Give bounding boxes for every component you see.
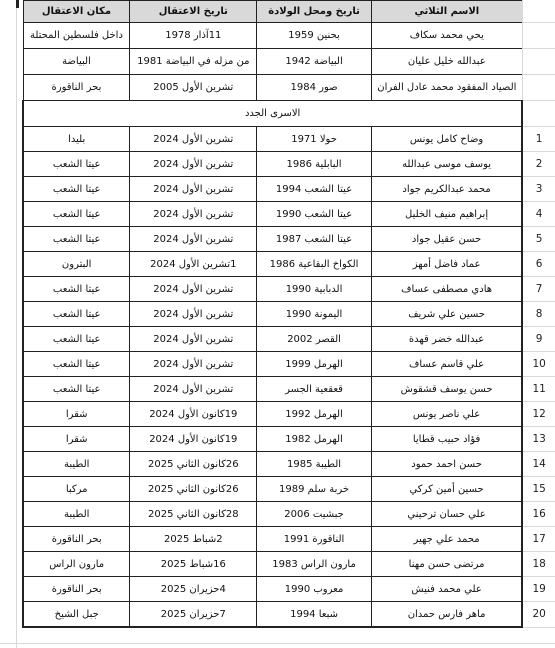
birth-cell[interactable]: الطيبة 1985 — [257, 452, 372, 477]
section-title: الاسرى الجدد — [23, 101, 522, 127]
detention-place-cell[interactable]: عيتا الشعب — [23, 302, 130, 327]
detention-date-cell[interactable]: تشرين الأول 2024 — [130, 127, 257, 152]
detention-date-cell[interactable]: 1تشرين الأول 2024 — [130, 252, 257, 277]
detention-place-cell[interactable]: مارون الراس — [23, 552, 130, 577]
name-cell[interactable]: إبراهيم منيف الخليل — [371, 202, 522, 227]
row-number-cell[interactable]: 1 — [522, 127, 555, 152]
table-row: 2يوسف موسى عبداللهالبابلية 1986تشرين الأ… — [23, 152, 555, 177]
birth-cell[interactable]: اليمونة 1990 — [257, 302, 372, 327]
birth-header: تاريخ ومحل الولادة — [257, 1, 372, 23]
table-row: 16علي حسان ترحينيجبشيت 200628كانون الثان… — [23, 502, 555, 527]
detention-date-cell[interactable]: 7حزيران 2025 — [130, 602, 257, 628]
table-row: 5حسن عقيل جوادعيتا الشعب 1987تشرين الأول… — [23, 227, 555, 252]
detention-date-cell[interactable]: تشرين الأول 2024 — [130, 177, 257, 202]
detention-place-cell[interactable]: عيتا الشعب — [23, 227, 130, 252]
row-number-cell[interactable]: 15 — [522, 477, 555, 502]
detention-place-cell[interactable]: البياضة — [23, 49, 130, 75]
birth-cell[interactable]: الدبابية 1990 — [257, 277, 372, 302]
row-number-cell — [522, 75, 555, 101]
name-cell[interactable]: حسن احمد حمود — [371, 452, 522, 477]
detention-place-cell[interactable]: عيتا الشعب — [23, 277, 130, 302]
name-cell[interactable]: فؤاد حبيب قطايا — [371, 427, 522, 452]
table-row: 7هادي مصطفى عسافالدبابية 1990تشرين الأول… — [23, 277, 555, 302]
header-row: الاسم الثلاثي تاريخ ومحل الولادة تاريخ ا… — [23, 1, 555, 23]
birth-cell[interactable]: الهرمل 1992 — [257, 402, 372, 427]
table-row: 6عماد فاضل أمهزالكواخ البقاعية 19861تشري… — [23, 252, 555, 277]
name-cell[interactable]: ماهر فارس حمدان — [371, 602, 522, 628]
table-row: 8حسين علي شريفاليمونة 1990تشرين الأول 20… — [23, 302, 555, 327]
table-row: 14حسن احمد حمودالطيبة 198526كانون الثاني… — [23, 452, 555, 477]
name-cell[interactable]: علي محمد فنيش — [371, 577, 522, 602]
detention-date-cell[interactable]: 11آذار 1978 — [130, 23, 257, 49]
name-cell[interactable]: علي قاسم عساف — [371, 352, 522, 377]
row-number-cell[interactable]: 11 — [522, 377, 555, 402]
row-number-cell[interactable]: 17 — [522, 527, 555, 552]
table-row: 13فؤاد حبيب قطاياالهرمل 198219كانون الأو… — [23, 427, 555, 452]
detention-date-cell[interactable]: تشرين الأول 2024 — [130, 352, 257, 377]
detention-place-cell[interactable]: عيتا الشعب — [23, 327, 130, 352]
detention-date-cell[interactable]: تشرين الأول 2024 — [130, 302, 257, 327]
row-number-cell[interactable]: 13 — [522, 427, 555, 452]
birth-cell[interactable]: الهرمل 1999 — [257, 352, 372, 377]
birth-cell[interactable]: عيتا الشعب 1994 — [257, 177, 372, 202]
row-number-cell[interactable]: 7 — [522, 277, 555, 302]
row-number-cell[interactable]: 4 — [522, 202, 555, 227]
table-row: 20ماهر فارس حمدانشبعا 19947حزيران 2025جب… — [23, 602, 555, 628]
birth-cell[interactable]: مارون الراس 1983 — [257, 552, 372, 577]
detention-place-cell[interactable]: بليدا — [23, 127, 130, 152]
detention-place-cell[interactable]: شقرا — [23, 427, 130, 452]
name-cell[interactable]: علي ناصر يونس — [371, 402, 522, 427]
detainees-table: الاسم الثلاثي تاريخ ومحل الولادة تاريخ ا… — [22, 0, 555, 628]
name-cell[interactable]: حسين علي شريف — [371, 302, 522, 327]
row-number-cell[interactable]: 19 — [522, 577, 555, 602]
row-number-cell[interactable]: 10 — [522, 352, 555, 377]
birth-cell[interactable]: البياضة 1942 — [257, 49, 372, 75]
birth-cell[interactable]: جبشيت 2006 — [257, 502, 372, 527]
table-row: 10علي قاسم عسافالهرمل 1999تشرين الأول 20… — [23, 352, 555, 377]
detention-place-cell[interactable]: بحر الناقورة — [23, 75, 130, 101]
row-number-cell[interactable]: 14 — [522, 452, 555, 477]
detention-place-cell[interactable]: مركبا — [23, 477, 130, 502]
name-cell[interactable]: عبدالله خضر قهدة — [371, 327, 522, 352]
row-number-cell[interactable]: 18 — [522, 552, 555, 577]
table-row: يحي محمد سكافبحنين 195911آذار 1978داخل ف… — [23, 23, 555, 49]
row-number-cell — [522, 23, 555, 49]
name-cell[interactable]: عبدالله خليل عليان — [371, 49, 522, 75]
name-cell[interactable]: علي حسان ترحيني — [371, 502, 522, 527]
detention-place-cell[interactable]: بحر الناقورة — [23, 577, 130, 602]
name-cell[interactable]: حسين أمين كركي — [371, 477, 522, 502]
row-number-cell[interactable]: 12 — [522, 402, 555, 427]
table-row: 15حسين أمين كركيخربة سلم 198926كانون الث… — [23, 477, 555, 502]
table-row: 1وضاح كامل يونسحولا 1971تشرين الأول 2024… — [23, 127, 555, 152]
detention-date-cell[interactable]: تشرين الأول 2024 — [130, 227, 257, 252]
birth-cell[interactable]: البابلية 1986 — [257, 152, 372, 177]
table-row: 17محمد علي جهيرالناقورة 19912شباط 2025بح… — [23, 527, 555, 552]
cell-marker — [16, 0, 19, 8]
detention-date-cell[interactable]: 28كانون الثاني 2025 — [130, 502, 257, 527]
number-header — [522, 1, 555, 23]
section-row: الاسرى الجدد — [23, 101, 555, 127]
name-cell[interactable]: وضاح كامل يونس — [371, 127, 522, 152]
table-row: 18مرتضى حسن مهنامارون الراس 198316شباط 2… — [23, 552, 555, 577]
name-cell[interactable]: يحي محمد سكاف — [371, 23, 522, 49]
detention-date-cell[interactable]: تشرين الأول 2024 — [130, 202, 257, 227]
table-row: 3محمد عبدالكريم جوادعيتا الشعب 1994تشرين… — [23, 177, 555, 202]
table-row: 9عبدالله خضر قهدةالقصر 2002تشرين الأول 2… — [23, 327, 555, 352]
table-row: 4إبراهيم منيف الخليلعيتا الشعب 1990تشرين… — [23, 202, 555, 227]
table-row: 11حسن يوسف قشقوشقعقعية الجسرتشرين الأول … — [23, 377, 555, 402]
detention-place-cell[interactable]: الطيبة — [23, 502, 130, 527]
name-cell[interactable]: حسن يوسف قشقوش — [371, 377, 522, 402]
detention-place-cell[interactable]: عيتا الشعب — [23, 152, 130, 177]
name-header: الاسم الثلاثي — [371, 1, 522, 23]
detention-date-cell[interactable]: تشرين الأول 2024 — [130, 377, 257, 402]
detention-place-cell[interactable]: داخل فلسطين المحتلة — [23, 23, 130, 49]
birth-cell[interactable]: خربة سلم 1989 — [257, 477, 372, 502]
row-number-cell[interactable]: 16 — [522, 502, 555, 527]
name-cell[interactable]: حسن عقيل جواد — [371, 227, 522, 252]
birth-cell[interactable]: بحنين 1959 — [257, 23, 372, 49]
detention-date-cell[interactable]: تشرين الأول 2024 — [130, 277, 257, 302]
row-number-cell[interactable]: 5 — [522, 227, 555, 252]
detention-place-cell[interactable]: بحر الناقورة — [23, 527, 130, 552]
detention-date-cell[interactable]: 4حزيران 2025 — [130, 577, 257, 602]
birth-cell[interactable]: عيتا الشعب 1987 — [257, 227, 372, 252]
name-cell[interactable]: هادي مصطفى عساف — [371, 277, 522, 302]
birth-cell[interactable]: صور 1984 — [257, 75, 372, 101]
detention-place-cell[interactable]: البترون — [23, 252, 130, 277]
detention-place-cell[interactable]: شقرا — [23, 402, 130, 427]
row-number-cell[interactable]: 9 — [522, 327, 555, 352]
birth-cell[interactable]: معروب 1990 — [257, 577, 372, 602]
birth-cell[interactable]: الناقورة 1991 — [257, 527, 372, 552]
detention-place-cell[interactable]: جبل الشيخ — [23, 602, 130, 628]
row-number-cell[interactable]: 3 — [522, 177, 555, 202]
detention-date-cell[interactable]: 19كانون الأول 2024 — [130, 427, 257, 452]
detention-date-cell[interactable]: 26كانون الثاني 2025 — [130, 477, 257, 502]
birth-cell[interactable]: القصر 2002 — [257, 327, 372, 352]
detention-date-cell[interactable]: تشرين الأول 2024 — [130, 327, 257, 352]
detention-date-cell[interactable]: تشرين الأول 2024 — [130, 152, 257, 177]
detention-place-cell[interactable]: عيتا الشعب — [23, 177, 130, 202]
detention-date-cell[interactable]: 19كانون الأول 2024 — [130, 402, 257, 427]
detention-date-cell[interactable]: 16شباط 2025 — [130, 552, 257, 577]
row-number-cell[interactable]: 2 — [522, 152, 555, 177]
birth-cell[interactable]: الهرمل 1982 — [257, 427, 372, 452]
detention-place-cell[interactable]: عيتا الشعب — [23, 377, 130, 402]
detention-date-cell[interactable]: من مزله في البياضة 1981 — [130, 49, 257, 75]
detention-date-cell[interactable]: 26كانون الثاني 2025 — [130, 452, 257, 477]
row-number-cell[interactable]: 6 — [522, 252, 555, 277]
detention-date-header: تاريخ الاعتقال — [130, 1, 257, 23]
table-row: عبدالله خليل عليانالبياضة 1942من مزله في… — [23, 49, 555, 75]
name-cell[interactable]: الصياد المفقود محمد عادل الفران — [371, 75, 522, 101]
birth-cell[interactable]: عيتا الشعب 1990 — [257, 202, 372, 227]
name-cell[interactable]: محمد علي جهير — [371, 527, 522, 552]
detention-date-cell[interactable]: 2شباط 2025 — [130, 527, 257, 552]
detention-date-cell[interactable]: تشرين الأول 2005 — [130, 75, 257, 101]
detention-place-cell[interactable]: الطيبة — [23, 452, 130, 477]
detention-place-cell[interactable]: عيتا الشعب — [23, 352, 130, 377]
name-cell[interactable]: محمد عبدالكريم جواد — [371, 177, 522, 202]
birth-cell[interactable]: قعقعية الجسر — [257, 377, 372, 402]
birth-cell[interactable]: حولا 1971 — [257, 127, 372, 152]
detention-place-cell[interactable]: عيتا الشعب — [23, 202, 130, 227]
birth-cell[interactable]: شبعا 1994 — [257, 602, 372, 628]
row-number-cell[interactable]: 20 — [522, 602, 555, 628]
birth-cell[interactable]: الكواخ البقاعية 1986 — [257, 252, 372, 277]
row-number-cell[interactable]: 8 — [522, 302, 555, 327]
table-row: الصياد المفقود محمد عادل الفرانصور 1984ت… — [23, 75, 555, 101]
detention-place-header: مكان الاعتقال — [23, 1, 130, 23]
row-number-cell — [522, 49, 555, 75]
table-row: 19علي محمد فنيشمعروب 19904حزيران 2025بحر… — [23, 577, 555, 602]
name-cell[interactable]: مرتضى حسن مهنا — [371, 552, 522, 577]
name-cell[interactable]: يوسف موسى عبدالله — [371, 152, 522, 177]
table-row: 12علي ناصر يونسالهرمل 199219كانون الأول … — [23, 402, 555, 427]
name-cell[interactable]: عماد فاضل أمهز — [371, 252, 522, 277]
